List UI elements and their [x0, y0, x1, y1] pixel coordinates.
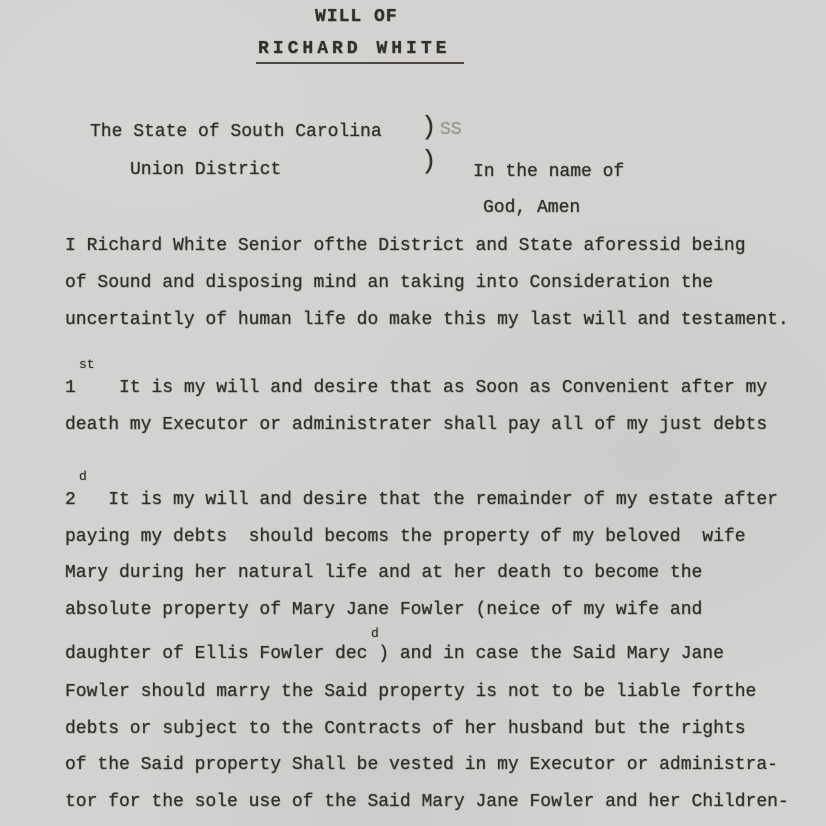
item-2-ordinal-superscript: d: [79, 470, 87, 484]
invocation-line-1: In the name of: [473, 162, 624, 182]
invocation-line-2: God, Amen: [483, 198, 580, 218]
testator-name-underlined: RICHARD WHITE: [256, 39, 464, 64]
deceased-abbreviation-superscript: d: [371, 627, 379, 641]
jurisdiction-brace-top: ): [421, 114, 437, 140]
jurisdiction-state-line: The State of South Carolina: [90, 122, 382, 142]
document-title: WILL OF: [315, 7, 398, 27]
opening-paragraph-line-3: uncertaintly of human life do make this …: [65, 310, 789, 330]
item-1-line-1: 1 It is my will and desire that as Soon …: [65, 378, 767, 398]
opening-paragraph-line-2: of Sound and disposing mind an taking in…: [65, 273, 713, 293]
item-2-line-8: of the Said property Shall be vested in …: [65, 755, 778, 775]
item-2-line-6: Fowler should marry the Said property is…: [65, 682, 756, 702]
item-2-line-2: paying my debts should becoms the proper…: [65, 527, 746, 547]
item-2-line-5: daughter of Ellis Fowler dec ) and in ca…: [65, 644, 724, 664]
ss-annotation: SS: [440, 120, 462, 140]
opening-paragraph-line-1: I Richard White Senior ofthe District an…: [65, 236, 746, 256]
item-2-line-4: absolute property of Mary Jane Fowler (n…: [65, 600, 702, 620]
item-2-line-1: 2 It is my will and desire that the rema…: [65, 490, 778, 510]
jurisdiction-brace-bottom: ): [421, 148, 437, 174]
jurisdiction-district-line: Union District: [130, 160, 281, 180]
item-1-ordinal-superscript: st: [79, 358, 95, 372]
item-2-line-3: Mary during her natural life and at her …: [65, 563, 702, 583]
scanned-will-document-page: WILL OF RICHARD WHITE The State of South…: [0, 0, 826, 826]
item-1-line-2: death my Executor or administrater shall…: [65, 415, 767, 435]
item-2-line-9: tor for the sole use of the Said Mary Ja…: [65, 792, 789, 812]
item-2-line-7: debts or subject to the Contracts of her…: [65, 719, 746, 739]
